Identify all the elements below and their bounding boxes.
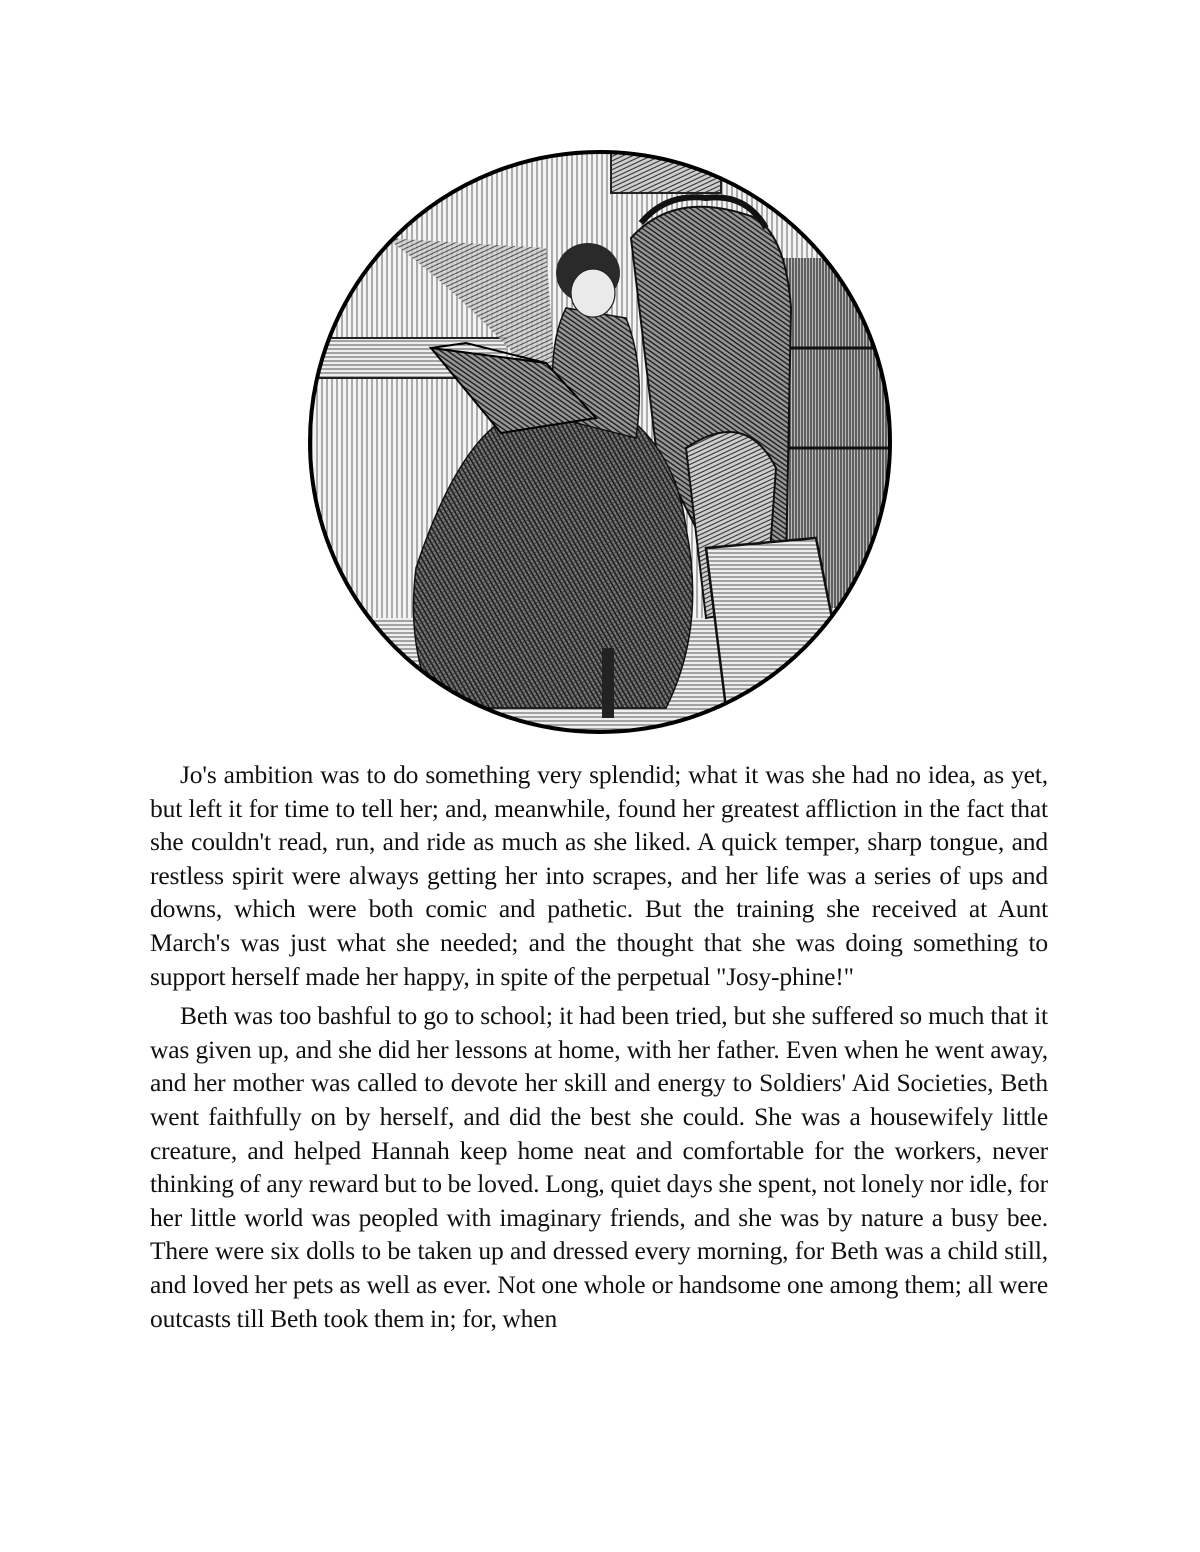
paragraph-beth: Beth was too bashful to go to school; it…: [150, 999, 1048, 1335]
body-text: Jo's ambition was to do something very s…: [150, 758, 1048, 1341]
paragraph-jo: Jo's ambition was to do something very s…: [150, 758, 1048, 993]
book-page: Jo's ambition was to do something very s…: [0, 0, 1200, 1552]
reading-woman-illustration: [306, 148, 894, 736]
engraving-image: [306, 148, 894, 736]
